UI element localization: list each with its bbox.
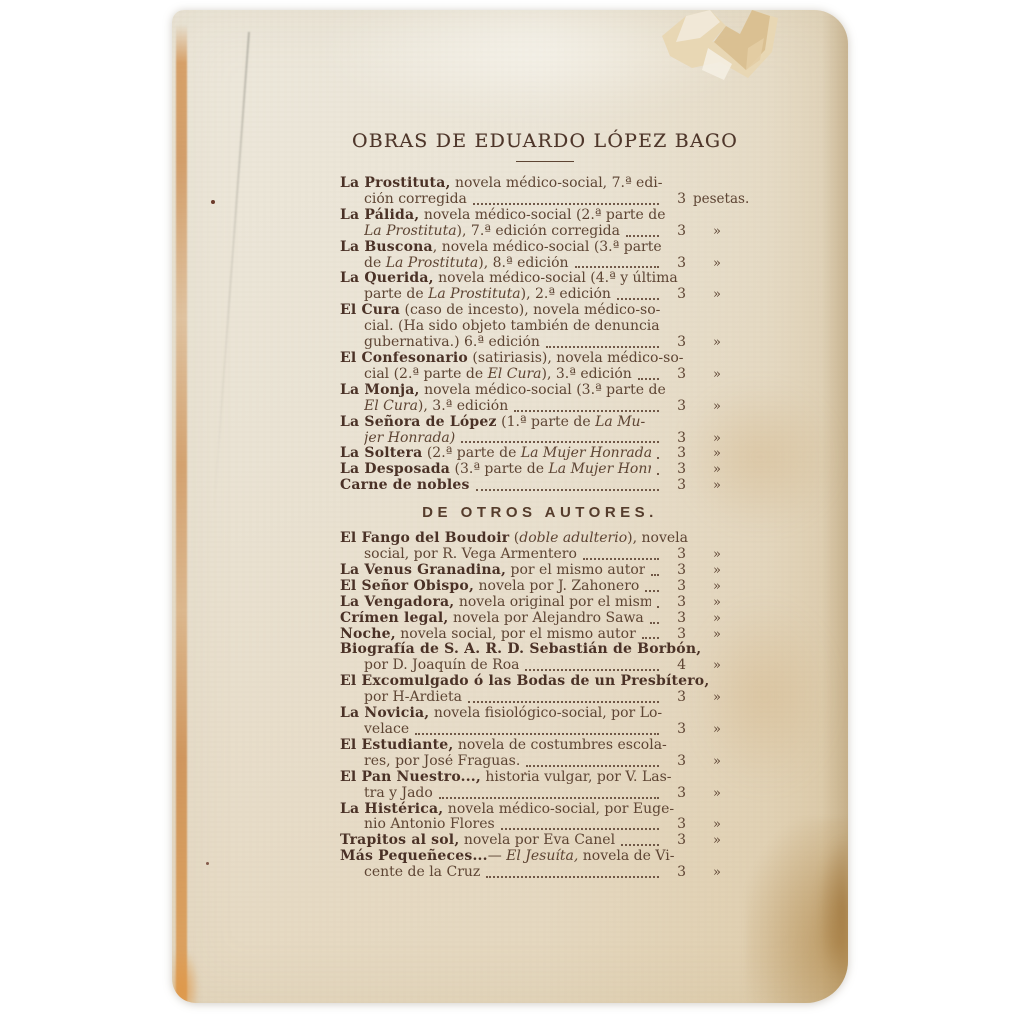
catalog-entry: Biografía de S. A. R. D. Sebastián de Bo…	[340, 642, 750, 674]
catalog-entry: El Fango del Boudoir (doble adulterio), …	[340, 531, 750, 563]
price-unit: »	[686, 865, 750, 881]
entry-line: La Pálida, novela médico-social (2.ª par…	[340, 208, 750, 224]
entry-text: Noche, novela social, por el mismo autor	[340, 627, 636, 643]
entry-line: La Buscona, novela médico-social (3.ª pa…	[340, 240, 750, 256]
entry-line: Más Pequeñeces...— El Jesuíta, novela de…	[340, 849, 750, 865]
dot-leader	[486, 876, 659, 878]
dot-leader	[461, 441, 659, 443]
page-title: OBRAS DE EDUARDO LÓPEZ BAGO	[340, 130, 750, 152]
price-value: 3	[664, 595, 686, 611]
price-unit: pesetas.	[686, 192, 750, 208]
entry-text: por D. Joaquín de Roa	[364, 658, 519, 674]
price-value: 3	[664, 335, 686, 351]
price-unit: »	[686, 335, 750, 351]
catalog-entry: La Soltera (2.ª parte de La Mujer Honrad…	[340, 446, 750, 462]
price-unit: »	[686, 658, 750, 674]
price-value: 3	[664, 547, 686, 563]
price-unit: »	[686, 722, 750, 738]
entry-line: social, por R. Vega Armentero3»	[364, 547, 750, 563]
entry-line: El Cura), 3.ª edición3»	[364, 399, 750, 415]
section-heading: DE OTROS AUTORES.	[330, 504, 750, 521]
price-unit: »	[686, 754, 750, 770]
price-value: 3	[664, 462, 686, 478]
dot-leader	[626, 235, 659, 237]
entry-line: Carne de nobles3»	[340, 478, 750, 494]
catalog-entry: El Señor Obispo, novela por J. Zahonero3…	[340, 579, 750, 595]
entry-line: La Vengadora, novela original por el mis…	[340, 595, 750, 611]
entry-line: La Novicia, novela fisiológico-social, p…	[340, 706, 750, 722]
entry-line: jer Honrada)3»	[364, 431, 750, 447]
price-value: 3	[664, 579, 686, 595]
dot-leader	[657, 606, 659, 608]
price-unit: »	[686, 595, 750, 611]
entry-line: El Pan Nuestro..., historia vulgar, por …	[340, 770, 750, 786]
entry-line: El Cura (caso de incesto), novela médico…	[340, 303, 750, 319]
entry-line: res, por José Fraguas. 3»	[364, 754, 750, 770]
dot-leader	[514, 410, 659, 412]
catalog-entry: La Vengadora, novela original por el mis…	[340, 595, 750, 611]
entry-line: por H-Ardieta3»	[364, 690, 750, 706]
catalog-entry: Carne de nobles3»	[340, 478, 750, 494]
price-unit: »	[686, 579, 750, 595]
entry-text: res, por José Fraguas.	[364, 754, 520, 770]
price-unit: »	[686, 431, 750, 447]
catalog-entry: La Querida, novela médico-social (4.ª y …	[340, 271, 750, 303]
dot-leader	[501, 828, 659, 830]
catalog-entry: La Prostituta, novela médico-social, 7.ª…	[340, 176, 750, 208]
dot-leader	[638, 378, 659, 380]
entry-line: ción corregida3pesetas.	[364, 192, 750, 208]
dot-leader	[617, 298, 659, 300]
price-value: 3	[664, 833, 686, 849]
entry-line: El Excomulgado ó las Bodas de un Presbít…	[340, 674, 750, 690]
entry-text: velace	[364, 722, 409, 738]
entry-line: gubernativa.) 6.ª edición3»	[364, 335, 750, 351]
entry-line: cial. (Ha sido objeto también de denunci…	[364, 319, 750, 335]
catalog-entry: La Señora de López (1.ª parte de La Mu-j…	[340, 415, 750, 447]
price-value: 3	[664, 287, 686, 303]
dot-leader	[642, 637, 659, 639]
title-rule-wrap	[340, 161, 750, 162]
entry-line: La Venus Granadina, por el mismo autor3»	[340, 563, 750, 579]
entry-line: El Confesonario (satiriasis), novela méd…	[340, 351, 750, 367]
entry-line: La Querida, novela médico-social (4.ª y …	[340, 271, 750, 287]
entry-text: Trapitos al sol, novela por Eva Canel	[340, 833, 615, 849]
price-value: 3	[664, 224, 686, 240]
book-page: OBRAS DE EDUARDO LÓPEZ BAGO La Prostitut…	[172, 10, 848, 1003]
entry-line: La Prostituta), 7.ª edición corregida3»	[364, 224, 750, 240]
price-unit: »	[686, 478, 750, 494]
catalog-entry: Noche, novela social, por el mismo autor…	[340, 627, 750, 643]
dot-leader	[650, 622, 659, 624]
entry-line: La Soltera (2.ª parte de La Mujer Honrad…	[340, 446, 750, 462]
entry-text: tra y Jado	[364, 786, 433, 802]
price-unit: »	[686, 833, 750, 849]
entry-text: La Desposada (3.ª parte de La Mujer Honr…	[340, 462, 651, 478]
entry-text: parte de La Prostituta), 2.ª edición	[364, 287, 611, 303]
dot-leader	[657, 473, 659, 475]
dot-leader	[645, 590, 659, 592]
catalog-entry: La Novicia, novela fisiológico-social, p…	[340, 706, 750, 738]
catalog-entry: El Confesonario (satiriasis), novela méd…	[340, 351, 750, 383]
entry-line: El Estudiante, novela de costumbres esco…	[340, 738, 750, 754]
catalog-entry: El Estudiante, novela de costumbres esco…	[340, 738, 750, 770]
price-unit: »	[686, 446, 750, 462]
entry-text: El Señor Obispo, novela por J. Zahonero	[340, 579, 639, 595]
dot-leader	[575, 266, 659, 268]
price-unit: »	[686, 462, 750, 478]
price-value: 3	[664, 367, 686, 383]
entry-text: ción corregida	[364, 192, 467, 208]
entry-line: La Señora de López (1.ª parte de La Mu-	[340, 415, 750, 431]
price-value: 3	[664, 627, 686, 643]
entry-text: gubernativa.) 6.ª edición	[364, 335, 540, 351]
entry-text: La Prostituta), 7.ª edición corregida	[364, 224, 620, 240]
entry-text: jer Honrada)	[364, 431, 455, 447]
dot-leader	[583, 558, 659, 560]
entry-line: La Desposada (3.ª parte de La Mujer Honr…	[340, 462, 750, 478]
book-spine-corner	[174, 947, 200, 1003]
catalog-entry: Trapitos al sol, novela por Eva Canel3»	[340, 833, 750, 849]
printed-catalog: OBRAS DE EDUARDO LÓPEZ BAGO La Prostitut…	[172, 10, 848, 881]
catalog-entry: La Venus Granadina, por el mismo autor3»	[340, 563, 750, 579]
catalog-entry: Crímen legal, novela por Alejandro Sawa3…	[340, 611, 750, 627]
dot-leader	[657, 457, 659, 459]
price-value: 3	[664, 431, 686, 447]
entry-text: cente de la Cruz	[364, 865, 480, 881]
price-unit: »	[686, 547, 750, 563]
entry-line: cente de la Cruz3»	[364, 865, 750, 881]
entry-line: cial (2.ª parte de El Cura), 3.ª edición…	[364, 367, 750, 383]
entry-line: Biografía de S. A. R. D. Sebastián de Bo…	[340, 642, 750, 658]
entry-line: nio Antonio Flores3»	[364, 817, 750, 833]
price-unit: »	[686, 611, 750, 627]
entry-line: El Fango del Boudoir (doble adulterio), …	[340, 531, 750, 547]
catalog-entry: Más Pequeñeces...— El Jesuíta, novela de…	[340, 849, 750, 881]
dot-leader	[468, 701, 659, 703]
entry-text: La Vengadora, novela original por el mis…	[340, 595, 651, 611]
entry-line: velace3»	[364, 722, 750, 738]
entry-line: Crímen legal, novela por Alejandro Sawa3…	[340, 611, 750, 627]
entry-text: Crímen legal, novela por Alejandro Sawa	[340, 611, 644, 627]
price-value: 3	[664, 786, 686, 802]
price-value: 3	[664, 478, 686, 494]
price-unit: »	[686, 287, 750, 303]
dot-leader	[546, 346, 659, 348]
price-unit: »	[686, 690, 750, 706]
entry-line: El Señor Obispo, novela por J. Zahonero3…	[340, 579, 750, 595]
price-unit: »	[686, 224, 750, 240]
entry-text: de La Prostituta), 8.ª edición	[364, 256, 569, 272]
price-unit: »	[686, 817, 750, 833]
dot-leader	[415, 733, 659, 735]
price-value: 3	[664, 256, 686, 272]
price-unit: »	[686, 627, 750, 643]
price-unit: »	[686, 786, 750, 802]
dot-leader	[651, 574, 659, 576]
entry-line: La Monja, novela médico-social (3.ª part…	[340, 383, 750, 399]
entry-text: La Venus Granadina, por el mismo autor	[340, 563, 645, 579]
entry-line: La Prostituta, novela médico-social, 7.ª…	[340, 176, 750, 192]
price-unit: »	[686, 399, 750, 415]
price-value: 3	[664, 817, 686, 833]
price-value: 3	[664, 722, 686, 738]
catalog-entry: El Pan Nuestro..., historia vulgar, por …	[340, 770, 750, 802]
catalog-entry: El Excomulgado ó las Bodas de un Presbít…	[340, 674, 750, 706]
entry-text: El Cura), 3.ª edición	[364, 399, 508, 415]
price-value: 3	[664, 446, 686, 462]
price-unit: »	[686, 563, 750, 579]
price-unit: »	[686, 367, 750, 383]
entry-text: nio Antonio Flores	[364, 817, 495, 833]
catalog-entry: El Cura (caso de incesto), novela médico…	[340, 303, 750, 351]
entry-line: Trapitos al sol, novela por Eva Canel3»	[340, 833, 750, 849]
catalog-entry: La Buscona, novela médico-social (3.ª pa…	[340, 240, 750, 272]
price-value: 3	[664, 754, 686, 770]
entry-line: por D. Joaquín de Roa4»	[364, 658, 750, 674]
price-value: 3	[664, 690, 686, 706]
dot-leader	[476, 489, 659, 491]
price-unit: »	[686, 256, 750, 272]
entry-text: La Soltera (2.ª parte de La Mujer Honrad…	[340, 446, 651, 462]
price-value: 3	[664, 192, 686, 208]
entry-line: tra y Jado3»	[364, 786, 750, 802]
dot-leader	[525, 669, 659, 671]
dot-leader	[621, 844, 659, 846]
dot-leader	[473, 203, 659, 205]
price-value: 3	[664, 563, 686, 579]
dot-leader	[526, 765, 659, 767]
entry-line: Noche, novela social, por el mismo autor…	[340, 627, 750, 643]
dot-leader	[439, 797, 659, 799]
entry-line: parte de La Prostituta), 2.ª edición3»	[364, 287, 750, 303]
price-value: 3	[664, 399, 686, 415]
entry-text: cial (2.ª parte de El Cura), 3.ª edición	[364, 367, 632, 383]
catalog-sections: La Prostituta, novela médico-social, 7.ª…	[340, 176, 750, 881]
catalog-entry: La Monja, novela médico-social (3.ª part…	[340, 383, 750, 415]
entry-line: de La Prostituta), 8.ª edición3»	[364, 256, 750, 272]
price-value: 3	[664, 611, 686, 627]
entry-line: La Histérica, novela médico-social, por …	[340, 802, 750, 818]
entry-text: por H-Ardieta	[364, 690, 462, 706]
entry-text: Carne de nobles	[340, 478, 470, 494]
title-rule	[516, 161, 574, 162]
scanned-book-back-cover: OBRAS DE EDUARDO LÓPEZ BAGO La Prostitut…	[0, 0, 1024, 1024]
entry-text: social, por R. Vega Armentero	[364, 547, 577, 563]
price-value: 3	[664, 865, 686, 881]
price-value: 4	[664, 658, 686, 674]
catalog-entry: La Histérica, novela médico-social, por …	[340, 802, 750, 834]
catalog-entry: La Desposada (3.ª parte de La Mujer Honr…	[340, 462, 750, 478]
catalog-entry: La Pálida, novela médico-social (2.ª par…	[340, 208, 750, 240]
